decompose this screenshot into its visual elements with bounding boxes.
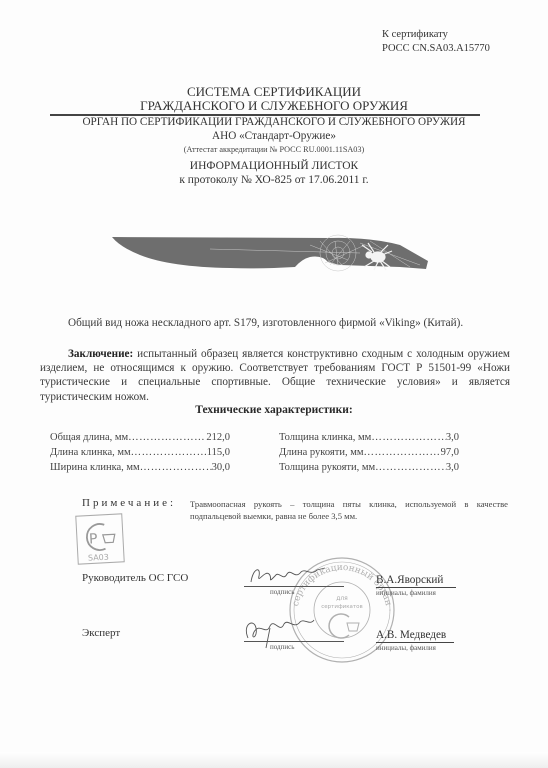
expert-name: А.В. Медведев (376, 629, 446, 641)
system-title-line2: ГРАЖДАНСКОГО И СЛУЖЕБНОГО ОРУЖИЯ (0, 98, 548, 114)
cert-ref-line1: К сертификату (382, 28, 490, 42)
expert-signature-caption: подпись (270, 643, 294, 651)
expert-role: Эксперт (82, 627, 120, 639)
spec-value: 97,0 (441, 445, 459, 460)
spec-label: Толщина клинка, мм (279, 430, 371, 445)
specs-right-column: Толщина клинка, мм3,0 Длина рукояти, мм9… (279, 430, 459, 475)
spec-value: 3,0 (446, 460, 459, 475)
info-sheet-title: ИНФОРМАЦИОННЫЙ ЛИСТОК (0, 160, 548, 172)
spec-row: Толщина рукояти, мм3,0 (279, 460, 459, 475)
svg-text:SA03: SA03 (88, 553, 109, 563)
attestation-number: (Аттестат аккредитации № РОСС RU.0001.11… (0, 145, 548, 154)
spec-label: Ширина клинка, мм (50, 460, 140, 475)
spec-value: 30,0 (212, 460, 230, 475)
general-view-paragraph: Общий вид ножа нескладного арт. S179, из… (40, 316, 510, 330)
knife-icon (110, 215, 430, 275)
svg-text:сертификатов: сертификатов (321, 604, 362, 610)
expert-signature-line (244, 641, 344, 642)
rst-certification-mark-icon: P SA03 (75, 513, 125, 565)
spec-label: Длина рукояти, мм (279, 445, 363, 460)
conclusion-paragraph: Заключение: испытанный образец является … (40, 347, 510, 404)
note-text: Травмоопасная рукоять – толщина пяты кли… (190, 498, 508, 522)
expert-name-underline (376, 642, 454, 643)
spec-row: Длина клинка, мм115,0 (50, 445, 230, 460)
spec-row: Толщина клинка, мм3,0 (279, 430, 459, 445)
svg-text:P: P (89, 531, 98, 547)
head-role: Руководитель ОС ГСО (82, 572, 188, 584)
head-name-underline (376, 587, 456, 588)
organ-title-line2: АНО «Стандарт-Оружие» (0, 130, 548, 142)
info-sheet-subtitle: к протоколу № ХО-825 от 17.06.2011 г. (0, 174, 548, 186)
spec-label: Общая длина, мм (50, 430, 128, 445)
specs-left-column: Общая длина, мм212,0 Длина клинка, мм115… (50, 430, 230, 475)
head-signature-line (244, 586, 344, 587)
head-name: В.А.Яворский (376, 574, 443, 586)
head-signature-caption: подпись (270, 588, 294, 596)
svg-text:для: для (336, 595, 348, 602)
spec-label: Толщина рукояти, мм (279, 460, 375, 475)
spec-label: Длина клинка, мм (50, 445, 131, 460)
cert-ref-line2: РОСС CN.SA03.A15770 (382, 42, 490, 56)
expert-name-caption: инициалы, фамилия (376, 644, 436, 652)
specs-title: Технические характеристики: (0, 404, 548, 416)
head-name-caption: инициалы, фамилия (376, 589, 436, 597)
scan-edge (0, 752, 548, 768)
note-label: Примечание: (82, 497, 176, 509)
spec-value: 115,0 (207, 445, 230, 460)
spec-value: 212,0 (206, 430, 230, 445)
spec-value: 3,0 (446, 430, 459, 445)
spec-row: Ширина клинка, мм30,0 (50, 460, 230, 475)
conclusion-label: Заключение: (68, 348, 133, 360)
spec-row: Длина рукояти, мм97,0 (279, 445, 459, 460)
spec-row: Общая длина, мм212,0 (50, 430, 230, 445)
certificate-reference: К сертификату РОСС CN.SA03.A15770 (382, 28, 490, 56)
organ-title-line1: ОРГАН ПО СЕРТИФИКАЦИИ ГРАЖДАНСКОГО И СЛУ… (0, 116, 548, 128)
